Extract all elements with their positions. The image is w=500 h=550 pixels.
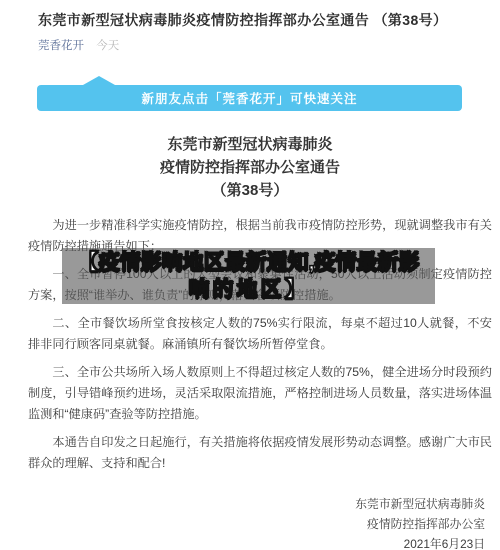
- follow-banner-wrap: 新朋友点击「莞香花开」可快速关注: [37, 76, 462, 111]
- signature-line: 疫情防控指挥部办公室: [0, 514, 485, 534]
- follow-banner-label: 新朋友点击「莞香花开」可快速关注: [141, 89, 357, 107]
- article-title: 东莞市新型冠状病毒肺炎疫情防控指挥部办公室通告 （第38号）: [38, 10, 462, 30]
- article-header: 东莞市新型冠状病毒肺炎疫情防控指挥部办公室通告 （第38号） 莞香花开 今天: [0, 0, 500, 53]
- watermark-text-line2: 响的地区】: [189, 276, 309, 303]
- account-link[interactable]: 莞香花开: [38, 40, 84, 52]
- notice-signature: 东莞市新型冠状病毒肺炎 疫情防控指挥部办公室 2021年6月23日: [0, 494, 500, 550]
- watermark-text-line1: 【疫情影响地区最新通知,疫情最新影: [78, 249, 420, 276]
- notice-paragraph: 本通告自印发之日起施行，有关措施将依据疫情发展形势动态调整。感谢广大市民群众的理…: [28, 432, 492, 474]
- notice-paragraph: 三、全市公共场所入场人数原则上不得超过核定人数的75%，健全进场分时段预约制度，…: [28, 362, 492, 425]
- signature-line: 东莞市新型冠状病毒肺炎: [0, 494, 485, 514]
- banner-pointer-icon: [83, 76, 115, 85]
- signature-line: 2021年6月23日: [0, 534, 485, 550]
- watermark-overlay: 【疫情影响地区最新通知,疫情最新影 响的地区】: [62, 248, 435, 304]
- notice-heading-line: 疫情防控指挥部办公室通告: [0, 156, 500, 179]
- notice-heading-line: 东莞市新型冠状病毒肺炎: [0, 133, 500, 156]
- publish-date: 今天: [96, 40, 119, 52]
- article-meta: 莞香花开 今天: [38, 39, 462, 53]
- follow-banner[interactable]: 新朋友点击「莞香花开」可快速关注: [37, 85, 462, 111]
- notice-heading: 东莞市新型冠状病毒肺炎 疫情防控指挥部办公室通告 （第38号）: [0, 133, 500, 202]
- notice-paragraph: 二、全市餐饮场所堂食按核定人数的75%实行限流，每桌不超过10人就餐，不安排非同…: [28, 313, 492, 355]
- notice-heading-line: （第38号）: [0, 179, 500, 202]
